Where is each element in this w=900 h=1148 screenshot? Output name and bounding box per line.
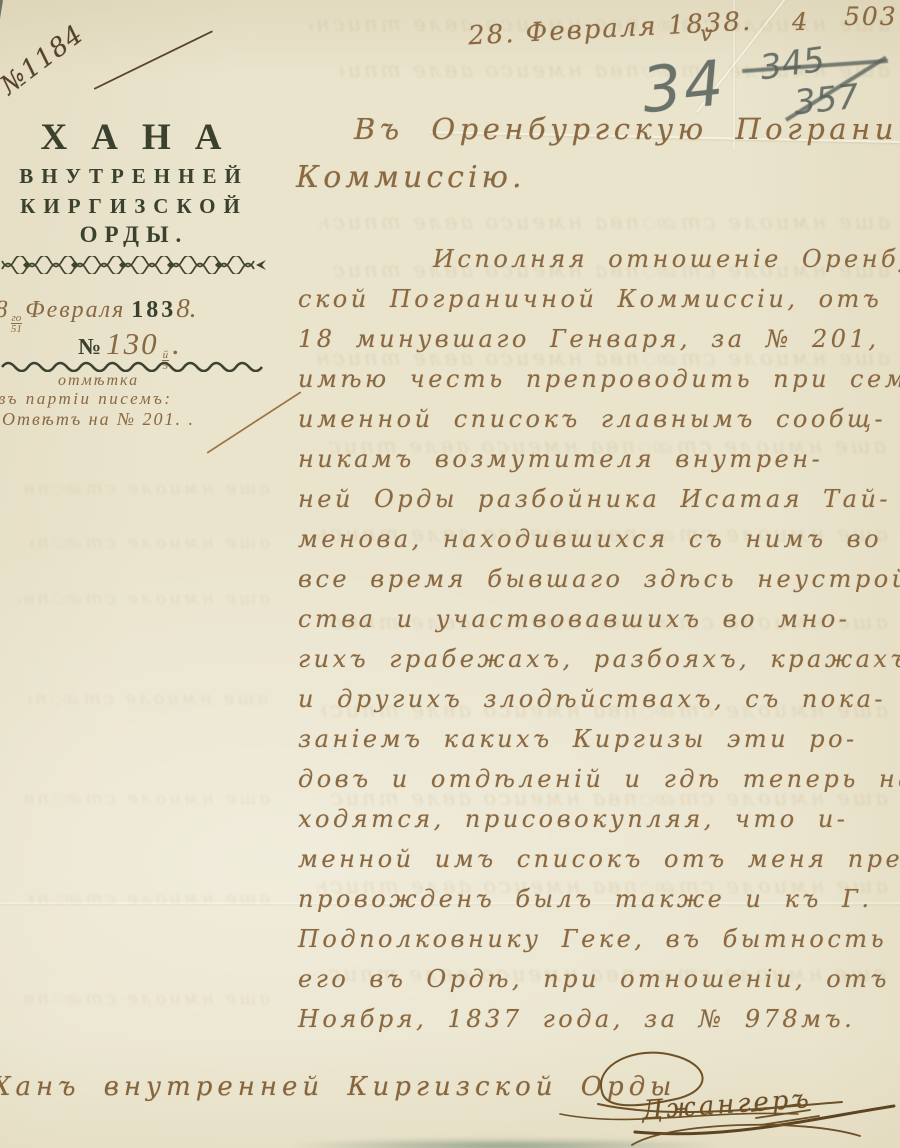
ornament-divider [0,256,268,274]
body-line: менной имъ списокъ отъ меня пре- [298,845,900,873]
body-line: именной списокъ главнымъ сообщ- [298,405,886,433]
numero-sign: № [78,334,101,360]
letterhead-title: ХАНА [0,116,268,159]
body-line: ходятся, присовокупляя, что и- [298,805,848,833]
address-line: Коммиссію. [296,160,526,195]
body-line: гихъ грабежахъ, разбояхъ, кражахъ [298,645,900,673]
bleed-through-text: аше нмиоле стைпва нмеисо авле тписна емл… [18,588,270,611]
bleed-through-text: аше нмиоле стைпва нмеисо авле тписна емл… [30,532,270,555]
body-line: его въ Ордѣ, при отношеніи, отъ 6го [298,965,900,993]
signature-flourish [540,1018,900,1148]
body-line: ней Орды разбойника Исатая Тай- [298,485,891,513]
margin-note-slash [206,391,301,454]
bleed-through-text: аше нмиоле стைпва нмеисо авле тписна емл… [320,210,890,237]
letterhead-subtitle: КИРГИЗСКОЙ [0,194,274,219]
date-day: 8 [0,296,8,324]
number-value: 130 [106,326,159,362]
body-line: заніемъ какихъ Киргизы эти ро- [298,725,858,753]
address-line: Въ Оренбургскую Пограничную [354,112,900,146]
body-line: ской Пограничной Коммиссіи, отъ [298,285,882,313]
folio-small-number: 4 [792,8,807,36]
body-line: ства и участвовавшихъ во мно- [298,605,850,633]
scan-edge-shadow [290,1138,720,1148]
margin-note-line1: отмѣтка [58,372,139,390]
body-line: 18 минувшаго Генваря, за № 201, [298,325,879,353]
document-page: аше нмиоле стைпва нмеисо авле тписна емл… [0,0,900,1148]
body-line: и другихъ злодѣйствахъ, съ пока- [298,685,886,713]
body-line: все время бывшаго здѣсь неустрой- [298,565,900,593]
letterhead-date: 8 го 51 Февраля 183 8. [0,293,197,330]
date-month: Февраля [25,297,125,324]
wavy-rule [0,360,268,372]
registration-flourish [94,30,214,90]
body-line: Подполковнику Геке, въ бытность [298,925,887,953]
date-fraction: го 51 [11,313,23,334]
body-line: менова, находившихся съ нимъ во [298,525,882,553]
folio-number: 503 [844,2,898,31]
bleed-through-text: аше нмиоле стைпва нмеисо авле тписна емл… [20,478,270,501]
body-line: провожденъ былъ также и къ Г. [298,885,873,913]
letterhead-subtitle: ОРДЫ. [0,222,268,248]
top-date-check-mark: v [700,22,712,47]
bleed-through-text: аше нмиоле стைпва нмеисо авле тписна емл… [28,888,270,911]
margin-note-line2: въ партіи писемъ: [0,389,173,409]
body-line: имѣю честь препроводить при семъ [298,365,900,393]
margin-note-line3: Отвѣтъ на № 201. . [2,409,195,430]
letterhead-subtitle: ВНУТРЕННЕЙ [0,164,274,189]
number-period: . [172,326,182,362]
body-line: никамъ возмутителя внутрен- [298,445,823,473]
body-line: довъ и отдѣленій и гдѣ теперь на- [298,765,900,793]
body-line: Исполняя отношеніе Оренбург [433,245,900,273]
registration-number: №1184 [0,19,90,101]
bleed-through-text: аше нмиоле стைпва нмеисо авле тписна емл… [28,688,268,711]
date-year-written: 8. [176,293,196,324]
bleed-through-text: аше нмиоле стைпва нмеисо авле тписна емл… [20,788,270,811]
bleed-through-text: аше нмиоле стைпва нмеисо авле тписна емл… [22,988,270,1011]
pencil-slash [0,0,3,111]
date-year-printed: 183 [131,297,176,324]
